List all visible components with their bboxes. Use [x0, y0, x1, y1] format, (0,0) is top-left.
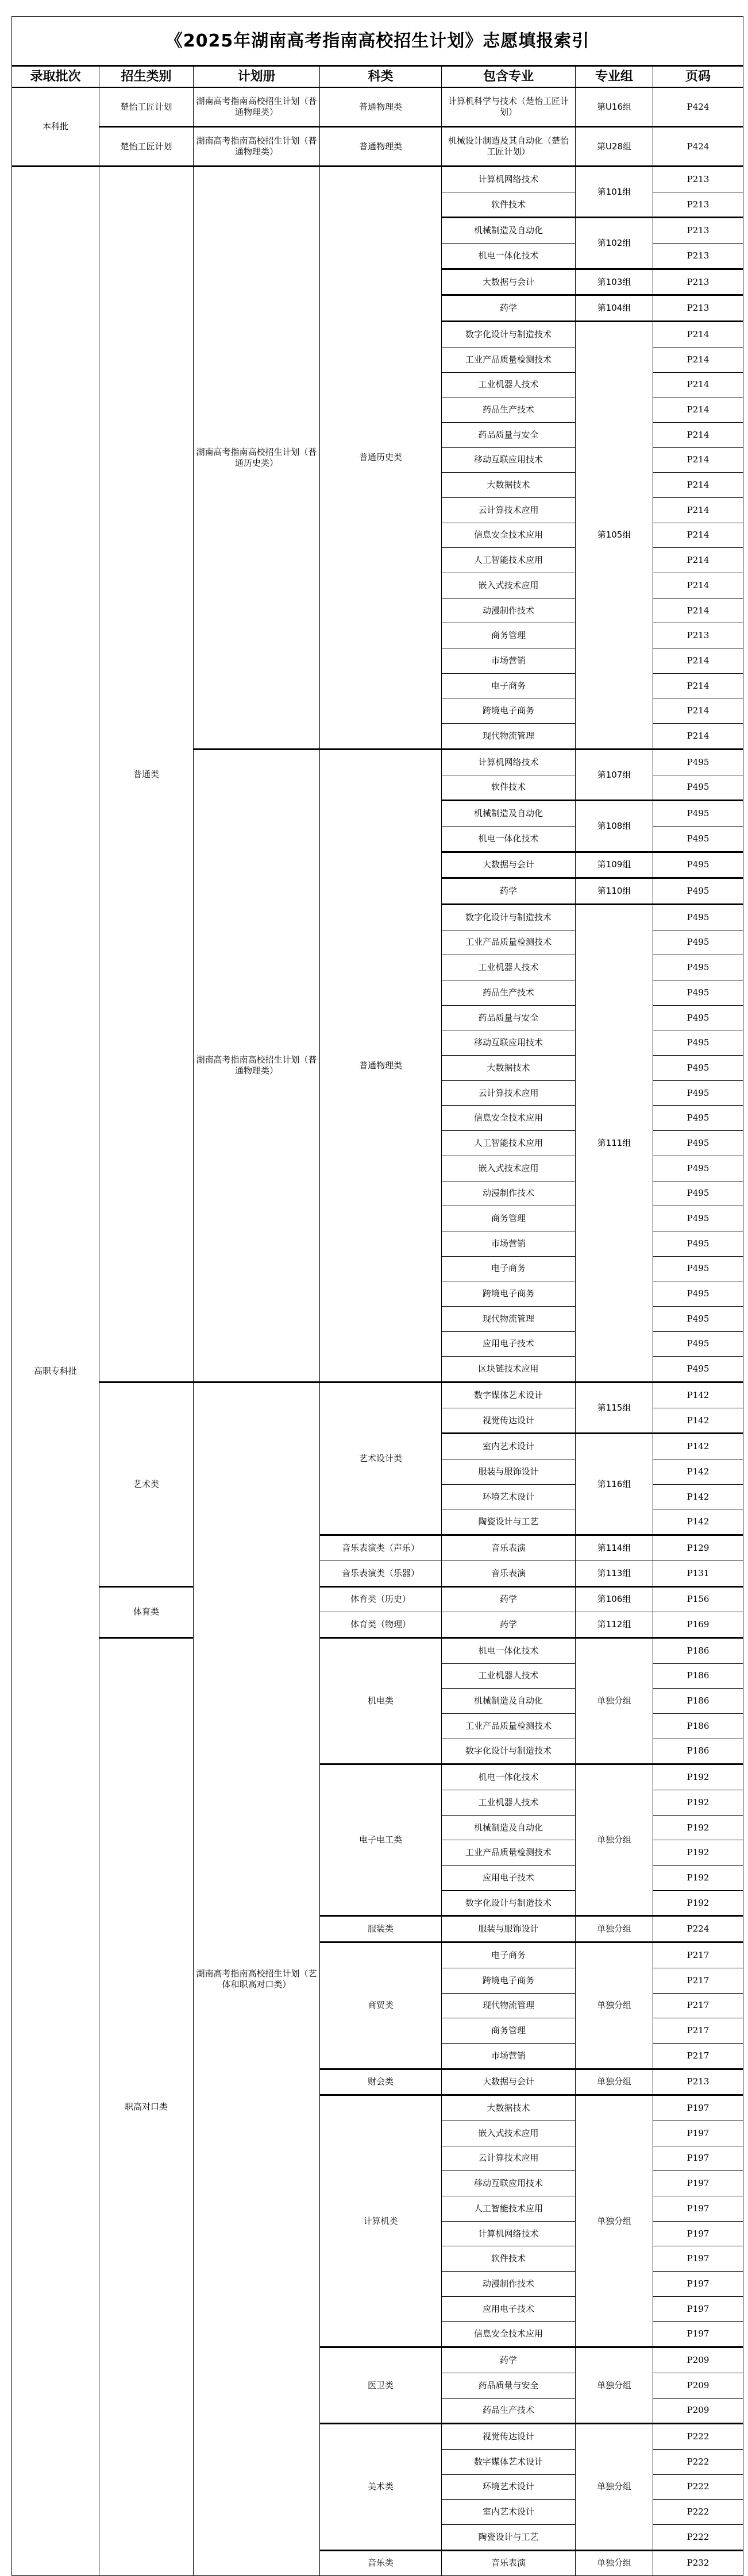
- page-cell: P142: [653, 1509, 743, 1535]
- page-cell: P495: [653, 1306, 743, 1331]
- table-row: 本科批楚怡工匠计划湖南高考指南高校招生计划（普通物理类）普通物理类计算机科学与技…: [12, 87, 743, 127]
- major-cell: 市场营销: [442, 648, 576, 674]
- page-cell: P186: [653, 1637, 743, 1663]
- major-cell: 跨境电子商务: [442, 698, 576, 724]
- major-cell: 机电一体化技术: [442, 1764, 576, 1790]
- page-cell: P209: [653, 2398, 743, 2424]
- major-cell: 机械制造及自动化: [442, 1815, 576, 1840]
- major-cell: 信息安全技术应用: [442, 1106, 576, 1131]
- major-cell: 视觉传达设计: [442, 1408, 576, 1434]
- major-cell: 数字化设计与制造技术: [442, 1890, 576, 1916]
- major-cell: 大数据技术: [442, 1056, 576, 1081]
- subject-cell: 机电类: [320, 1637, 442, 1764]
- major-cell: 药学: [442, 878, 576, 905]
- major-cell: 云计算技术应用: [442, 2146, 576, 2171]
- category-cell: 楚怡工匠计划: [99, 87, 194, 127]
- header-batch: 录取批次: [12, 66, 99, 88]
- subject-cell: 计算机类: [320, 2095, 442, 2347]
- page-cell: P495: [653, 1231, 743, 1256]
- group-cell: 第110组: [576, 878, 653, 905]
- major-cell: 应用电子技术: [442, 2296, 576, 2322]
- major-cell: 动漫制作技术: [442, 1181, 576, 1206]
- page-cell: P197: [653, 2146, 743, 2171]
- page-cell: P197: [653, 2296, 743, 2322]
- page-cell: P186: [653, 1663, 743, 1689]
- major-cell: 机械制造及自动化: [442, 801, 576, 827]
- page-cell: P142: [653, 1408, 743, 1434]
- major-cell: 药品生产技术: [442, 980, 576, 1006]
- major-cell: 人工智能技术应用: [442, 1131, 576, 1156]
- book-cell: 湖南高考指南高校招生计划（普通物理类）: [194, 127, 320, 167]
- subject-cell: 商贸类: [320, 1942, 442, 2069]
- group-cell: 第U28组: [576, 127, 653, 167]
- page-cell: P213: [653, 295, 743, 322]
- group-cell: 第109组: [576, 852, 653, 878]
- group-cell: 第103组: [576, 269, 653, 295]
- major-cell: 现代物流管理: [442, 1306, 576, 1331]
- major-cell: 机电一体化技术: [442, 826, 576, 852]
- page-cell: P217: [653, 1968, 743, 1993]
- group-cell: 单独分组: [576, 2347, 653, 2424]
- header-category: 招生类别: [99, 66, 194, 88]
- page-cell: P156: [653, 1586, 743, 1612]
- major-cell: 跨境电子商务: [442, 1281, 576, 1307]
- header-subject: 科类: [320, 66, 442, 88]
- major-cell: 视觉传达设计: [442, 2424, 576, 2450]
- major-cell: 嵌入式技术应用: [442, 573, 576, 598]
- group-cell: 第101组: [576, 167, 653, 218]
- book-cell: 湖南高考指南高校招生计划（艺体和职高对口类）: [194, 1382, 320, 2576]
- major-cell: 环境艺术设计: [442, 1484, 576, 1509]
- major-cell: 工业机器人技术: [442, 1663, 576, 1689]
- page-cell: P222: [653, 2449, 743, 2474]
- group-cell: 第114组: [576, 1535, 653, 1561]
- major-cell: 数字媒体艺术设计: [442, 2449, 576, 2474]
- major-cell: 大数据与会计: [442, 2069, 576, 2095]
- page-cell: P222: [653, 2524, 743, 2550]
- page-cell: P214: [653, 673, 743, 698]
- page-cell: P197: [653, 2322, 743, 2347]
- major-cell: 数字化设计与制造技术: [442, 322, 576, 347]
- page-cell: P214: [653, 322, 743, 347]
- page-cell: P495: [653, 930, 743, 955]
- page-cell: P495: [653, 1080, 743, 1106]
- index-sheet: 《2025年湖南高考指南高校招生计划》志愿填报索引 录取批次 招生类别 计划册 …: [11, 16, 743, 2576]
- page-cell: P217: [653, 2043, 743, 2069]
- page-cell: P495: [653, 1106, 743, 1131]
- page-cell: P192: [653, 1790, 743, 1816]
- subject-cell: 音乐表演类（声乐）: [320, 1535, 442, 1561]
- major-cell: 药学: [442, 2347, 576, 2373]
- page-cell: P495: [653, 1256, 743, 1281]
- page-cell: P214: [653, 548, 743, 573]
- page-cell: P495: [653, 775, 743, 801]
- table-row: 体育类体育类（历史）药学第106组P156: [12, 1586, 743, 1612]
- page-cell: P495: [653, 1281, 743, 1307]
- page-cell: P197: [653, 2272, 743, 2297]
- page-cell: P142: [653, 1434, 743, 1459]
- major-cell: 动漫制作技术: [442, 2272, 576, 2297]
- major-cell: 计算机科学与技术（楚怡工匠计划）: [442, 87, 576, 127]
- group-cell: 第108组: [576, 801, 653, 852]
- page-cell: P209: [653, 2373, 743, 2398]
- book-cell: 湖南高考指南高校招生计划（普通物理类）: [194, 87, 320, 127]
- major-cell: 信息安全技术应用: [442, 2322, 576, 2347]
- page-cell: P495: [653, 1206, 743, 1231]
- major-cell: 药学: [442, 295, 576, 322]
- batch-cell: 高职专科批: [12, 167, 99, 2576]
- subject-cell: 音乐类: [320, 2550, 442, 2576]
- subject-cell: 普通物理类: [320, 749, 442, 1382]
- page-cell: P213: [653, 269, 743, 295]
- major-cell: 移动互联应用技术: [442, 447, 576, 473]
- page-cell: P495: [653, 980, 743, 1006]
- major-cell: 药品质量与安全: [442, 422, 576, 447]
- batch-cell: 本科批: [12, 87, 99, 167]
- page-cell: P192: [653, 1840, 743, 1866]
- major-cell: 工业产品质量检测技术: [442, 930, 576, 955]
- page-cell: P213: [653, 192, 743, 218]
- category-cell: 楚怡工匠计划: [99, 127, 194, 167]
- table-row: 楚怡工匠计划湖南高考指南高校招生计划（普通物理类）普通物理类机械设计制造及其自动…: [12, 127, 743, 167]
- group-cell: 第111组: [576, 904, 653, 1382]
- page-cell: P232: [653, 2550, 743, 2576]
- subject-cell: 艺术设计类: [320, 1382, 442, 1535]
- index-table: 《2025年湖南高考指南高校招生计划》志愿填报索引 录取批次 招生类别 计划册 …: [11, 16, 743, 2576]
- page-cell: P495: [653, 904, 743, 930]
- group-cell: 单独分组: [576, 2069, 653, 2095]
- page-cell: P142: [653, 1459, 743, 1485]
- table-row: 职高对口类机电类机电一体化技术单独分组P186: [12, 1637, 743, 1663]
- page-cell: P495: [653, 749, 743, 775]
- major-cell: 机电一体化技术: [442, 1637, 576, 1663]
- table-row: 艺术类湖南高考指南高校招生计划（艺体和职高对口类）艺术设计类数字媒体艺术设计第1…: [12, 1382, 743, 1408]
- group-cell: 第116组: [576, 1434, 653, 1535]
- group-cell: 单独分组: [576, 1637, 653, 1764]
- header-major: 包含专业: [442, 66, 576, 88]
- major-cell: 大数据技术: [442, 2095, 576, 2121]
- major-cell: 药品生产技术: [442, 397, 576, 423]
- subject-cell: 音乐表演类（乐器）: [320, 1561, 442, 1586]
- major-cell: 室内艺术设计: [442, 1434, 576, 1459]
- page-cell: P424: [653, 127, 743, 167]
- page-cell: P129: [653, 1535, 743, 1561]
- page-cell: P495: [653, 1131, 743, 1156]
- page-cell: P142: [653, 1382, 743, 1408]
- major-cell: 数字化设计与制造技术: [442, 904, 576, 930]
- page-cell: P192: [653, 1764, 743, 1790]
- major-cell: 工业产品质量检测技术: [442, 1840, 576, 1866]
- group-cell: 第113组: [576, 1561, 653, 1586]
- major-cell: 软件技术: [442, 775, 576, 801]
- page-cell: P214: [653, 573, 743, 598]
- major-cell: 人工智能技术应用: [442, 2196, 576, 2222]
- major-cell: 药品质量与安全: [442, 2373, 576, 2398]
- page-cell: P214: [653, 422, 743, 447]
- group-cell: 第105组: [576, 322, 653, 750]
- page-cell: P495: [653, 878, 743, 905]
- page-cell: P214: [653, 698, 743, 724]
- page-cell: P495: [653, 955, 743, 980]
- page-cell: P197: [653, 2196, 743, 2222]
- page-cell: P197: [653, 2171, 743, 2196]
- major-cell: 大数据与会计: [442, 269, 576, 295]
- page-title: 《2025年湖南高考指南高校招生计划》志愿填报索引: [12, 17, 743, 66]
- page-cell: P192: [653, 1866, 743, 1891]
- major-cell: 计算机网络技术: [442, 167, 576, 192]
- page-cell: P222: [653, 2424, 743, 2450]
- major-cell: 机械设计制造及其自动化（楚怡工匠计划）: [442, 127, 576, 167]
- page-cell: P209: [653, 2347, 743, 2373]
- major-cell: 应用电子技术: [442, 1866, 576, 1891]
- major-cell: 机电一体化技术: [442, 244, 576, 269]
- page-cell: P214: [653, 598, 743, 623]
- major-cell: 工业机器人技术: [442, 372, 576, 397]
- page-cell: P214: [653, 347, 743, 372]
- page-cell: P495: [653, 1357, 743, 1382]
- page-cell: P495: [653, 852, 743, 878]
- group-cell: 单独分组: [576, 1764, 653, 1916]
- header-row: 录取批次 招生类别 计划册 科类 包含专业 专业组 页码: [12, 66, 743, 88]
- major-cell: 药学: [442, 1612, 576, 1638]
- group-cell: 单独分组: [576, 2095, 653, 2347]
- major-cell: 电子商务: [442, 673, 576, 698]
- page-cell: P131: [653, 1561, 743, 1586]
- page-cell: P213: [653, 2069, 743, 2095]
- page-cell: P214: [653, 497, 743, 523]
- page-cell: P213: [653, 218, 743, 244]
- category-cell: 体育类: [99, 1586, 194, 1637]
- page-cell: P495: [653, 1156, 743, 1181]
- page-cell: P197: [653, 2121, 743, 2146]
- book-cell: 湖南高考指南高校招生计划（普通历史类）: [194, 167, 320, 750]
- page-cell: P192: [653, 1890, 743, 1916]
- group-cell: 第104组: [576, 295, 653, 322]
- major-cell: 服装与服饰设计: [442, 1916, 576, 1942]
- page-cell: P214: [653, 397, 743, 423]
- group-cell: 第U16组: [576, 87, 653, 127]
- major-cell: 动漫制作技术: [442, 598, 576, 623]
- header-book: 计划册: [194, 66, 320, 88]
- subject-cell: 普通物理类: [320, 127, 442, 167]
- major-cell: 环境艺术设计: [442, 2474, 576, 2500]
- major-cell: 大数据与会计: [442, 852, 576, 878]
- major-cell: 市场营销: [442, 2043, 576, 2069]
- subject-cell: 体育类（历史）: [320, 1586, 442, 1612]
- page-cell: P217: [653, 1993, 743, 2018]
- table-row: 高职专科批普通类湖南高考指南高校招生计划（普通历史类）普通历史类计算机网络技术第…: [12, 167, 743, 192]
- major-cell: 商务管理: [442, 1206, 576, 1231]
- page-cell: P495: [653, 801, 743, 827]
- major-cell: 跨境电子商务: [442, 1968, 576, 1993]
- page-cell: P495: [653, 1181, 743, 1206]
- page-cell: P495: [653, 1005, 743, 1030]
- page-cell: P214: [653, 372, 743, 397]
- page-cell: P222: [653, 2500, 743, 2525]
- major-cell: 云计算技术应用: [442, 497, 576, 523]
- page-cell: P495: [653, 1331, 743, 1357]
- major-cell: 音乐表演: [442, 1561, 576, 1586]
- major-cell: 工业产品质量检测技术: [442, 1713, 576, 1739]
- page-cell: P214: [653, 523, 743, 548]
- group-cell: 第102组: [576, 218, 653, 269]
- subject-cell: 普通物理类: [320, 87, 442, 127]
- header-page: 页码: [653, 66, 743, 88]
- major-cell: 陶瓷设计与工艺: [442, 1509, 576, 1535]
- major-cell: 嵌入式技术应用: [442, 2121, 576, 2146]
- group-cell: 第106组: [576, 1586, 653, 1612]
- category-cell: 艺术类: [99, 1382, 194, 1587]
- major-cell: 药学: [442, 1586, 576, 1612]
- page-cell: P213: [653, 623, 743, 648]
- book-cell: 湖南高考指南高校招生计划（普通物理类）: [194, 749, 320, 1382]
- category-cell: 职高对口类: [99, 1637, 194, 2575]
- page-cell: P186: [653, 1689, 743, 1714]
- page-cell: P214: [653, 473, 743, 498]
- major-cell: 移动互联应用技术: [442, 1030, 576, 1056]
- subject-cell: 美术类: [320, 2424, 442, 2550]
- group-cell: 第115组: [576, 1382, 653, 1434]
- major-cell: 工业产品质量检测技术: [442, 347, 576, 372]
- page-cell: P495: [653, 1030, 743, 1056]
- page-cell: P214: [653, 648, 743, 674]
- major-cell: 工业机器人技术: [442, 1790, 576, 1816]
- major-cell: 室内艺术设计: [442, 2500, 576, 2525]
- major-cell: 数字媒体艺术设计: [442, 1382, 576, 1408]
- major-cell: 机械制造及自动化: [442, 218, 576, 244]
- group-cell: 第112组: [576, 1612, 653, 1638]
- major-cell: 药品质量与安全: [442, 1005, 576, 1030]
- group-cell: 单独分组: [576, 1916, 653, 1942]
- major-cell: 嵌入式技术应用: [442, 1156, 576, 1181]
- major-cell: 计算机网络技术: [442, 2221, 576, 2246]
- major-cell: 应用电子技术: [442, 1331, 576, 1357]
- subject-cell: 财会类: [320, 2069, 442, 2095]
- subject-cell: 体育类（物理）: [320, 1612, 442, 1638]
- major-cell: 移动互联应用技术: [442, 2171, 576, 2196]
- header-group: 专业组: [576, 66, 653, 88]
- page-cell: P197: [653, 2095, 743, 2121]
- subject-cell: 普通历史类: [320, 167, 442, 750]
- major-cell: 服装与服饰设计: [442, 1459, 576, 1485]
- major-cell: 药品生产技术: [442, 2398, 576, 2424]
- page-cell: P424: [653, 87, 743, 127]
- page-cell: P222: [653, 2474, 743, 2500]
- major-cell: 商务管理: [442, 2018, 576, 2044]
- page-cell: P192: [653, 1815, 743, 1840]
- major-cell: 大数据技术: [442, 473, 576, 498]
- major-cell: 现代物流管理: [442, 724, 576, 750]
- major-cell: 区块链技术应用: [442, 1357, 576, 1382]
- category-cell: 普通类: [99, 167, 194, 1382]
- page-cell: P169: [653, 1612, 743, 1638]
- page-cell: P213: [653, 167, 743, 192]
- page-cell: P214: [653, 724, 743, 750]
- group-cell: 第107组: [576, 749, 653, 800]
- major-cell: 商务管理: [442, 623, 576, 648]
- major-cell: 现代物流管理: [442, 1993, 576, 2018]
- group-cell: 单独分组: [576, 1942, 653, 2069]
- subject-cell: 电子电工类: [320, 1764, 442, 1916]
- page-cell: P197: [653, 2246, 743, 2272]
- page-cell: P224: [653, 1916, 743, 1942]
- group-cell: 单独分组: [576, 2424, 653, 2550]
- page-cell: P217: [653, 2018, 743, 2044]
- subject-cell: 服装类: [320, 1916, 442, 1942]
- major-cell: 人工智能技术应用: [442, 548, 576, 573]
- major-cell: 数字化设计与制造技术: [442, 1739, 576, 1764]
- page-cell: P142: [653, 1484, 743, 1509]
- major-cell: 工业机器人技术: [442, 955, 576, 980]
- major-cell: 计算机网络技术: [442, 749, 576, 775]
- page-cell: P186: [653, 1739, 743, 1764]
- page-cell: P217: [653, 1942, 743, 1968]
- major-cell: 音乐表演: [442, 2550, 576, 2576]
- major-cell: 机械制造及自动化: [442, 1689, 576, 1714]
- major-cell: 软件技术: [442, 192, 576, 218]
- major-cell: 电子商务: [442, 1942, 576, 1968]
- page-cell: P213: [653, 244, 743, 269]
- major-cell: 音乐表演: [442, 1535, 576, 1561]
- page-cell: P197: [653, 2221, 743, 2246]
- page-cell: P186: [653, 1713, 743, 1739]
- page-cell: P495: [653, 1056, 743, 1081]
- major-cell: 云计算技术应用: [442, 1080, 576, 1106]
- major-cell: 信息安全技术应用: [442, 523, 576, 548]
- page-cell: P214: [653, 447, 743, 473]
- subject-cell: 医卫类: [320, 2347, 442, 2424]
- group-cell: 单独分组: [576, 2550, 653, 2576]
- major-cell: 电子商务: [442, 1256, 576, 1281]
- major-cell: 市场营销: [442, 1231, 576, 1256]
- page-cell: P495: [653, 826, 743, 852]
- major-cell: 软件技术: [442, 2246, 576, 2272]
- major-cell: 陶瓷设计与工艺: [442, 2524, 576, 2550]
